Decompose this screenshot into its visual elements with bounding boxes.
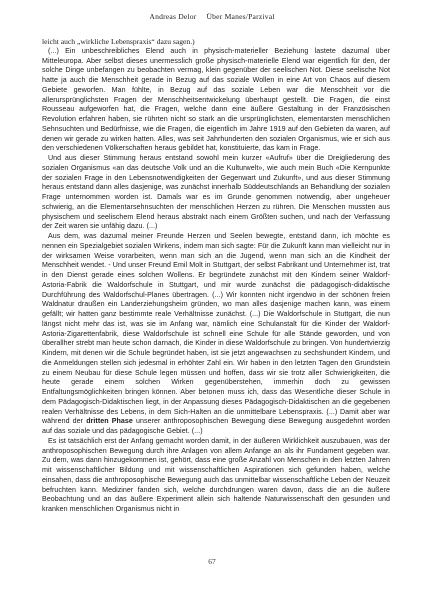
quote-paragraph: Es ist tatsächlich erst der Anfang gemac… [42,437,390,515]
quote-text-segment: Es ist tatsächlich erst der Anfang gemac… [42,437,390,513]
quote-paragraph: (...) Ein unbeschreibliches Elend auch i… [42,47,390,154]
page-number: 67 [0,557,424,566]
quote-paragraph: Und aus dieser Stimmung heraus entstand … [42,154,390,232]
header-work-title: Über Manes/Parzival [206,12,274,21]
book-page: { "header": { "author": "Andreas Delor",… [0,0,424,600]
intro-line: leicht auch „wirkliche Lebenspraxis“ daz… [42,37,390,47]
quote-paragraphs: (...) Ein unbeschreibliches Elend auch i… [42,47,390,515]
running-header: Andreas DelorÜber Manes/Parzival [0,12,424,21]
bold-phrase: dritten Phase [86,417,133,425]
header-author: Andreas Delor [149,12,196,21]
page-text-block: leicht auch „wirkliche Lebenspraxis“ daz… [42,37,390,515]
quote-text-segment: Aus dem, was dazumal meiner Freunde Herz… [42,232,390,425]
quote-text-segment: (...) Ein unbeschreibliches Elend auch i… [42,47,390,153]
quote-text-segment: Und aus dieser Stimmung heraus entstand … [42,154,390,230]
quote-paragraph: Aus dem, was dazumal meiner Freunde Herz… [42,232,390,437]
